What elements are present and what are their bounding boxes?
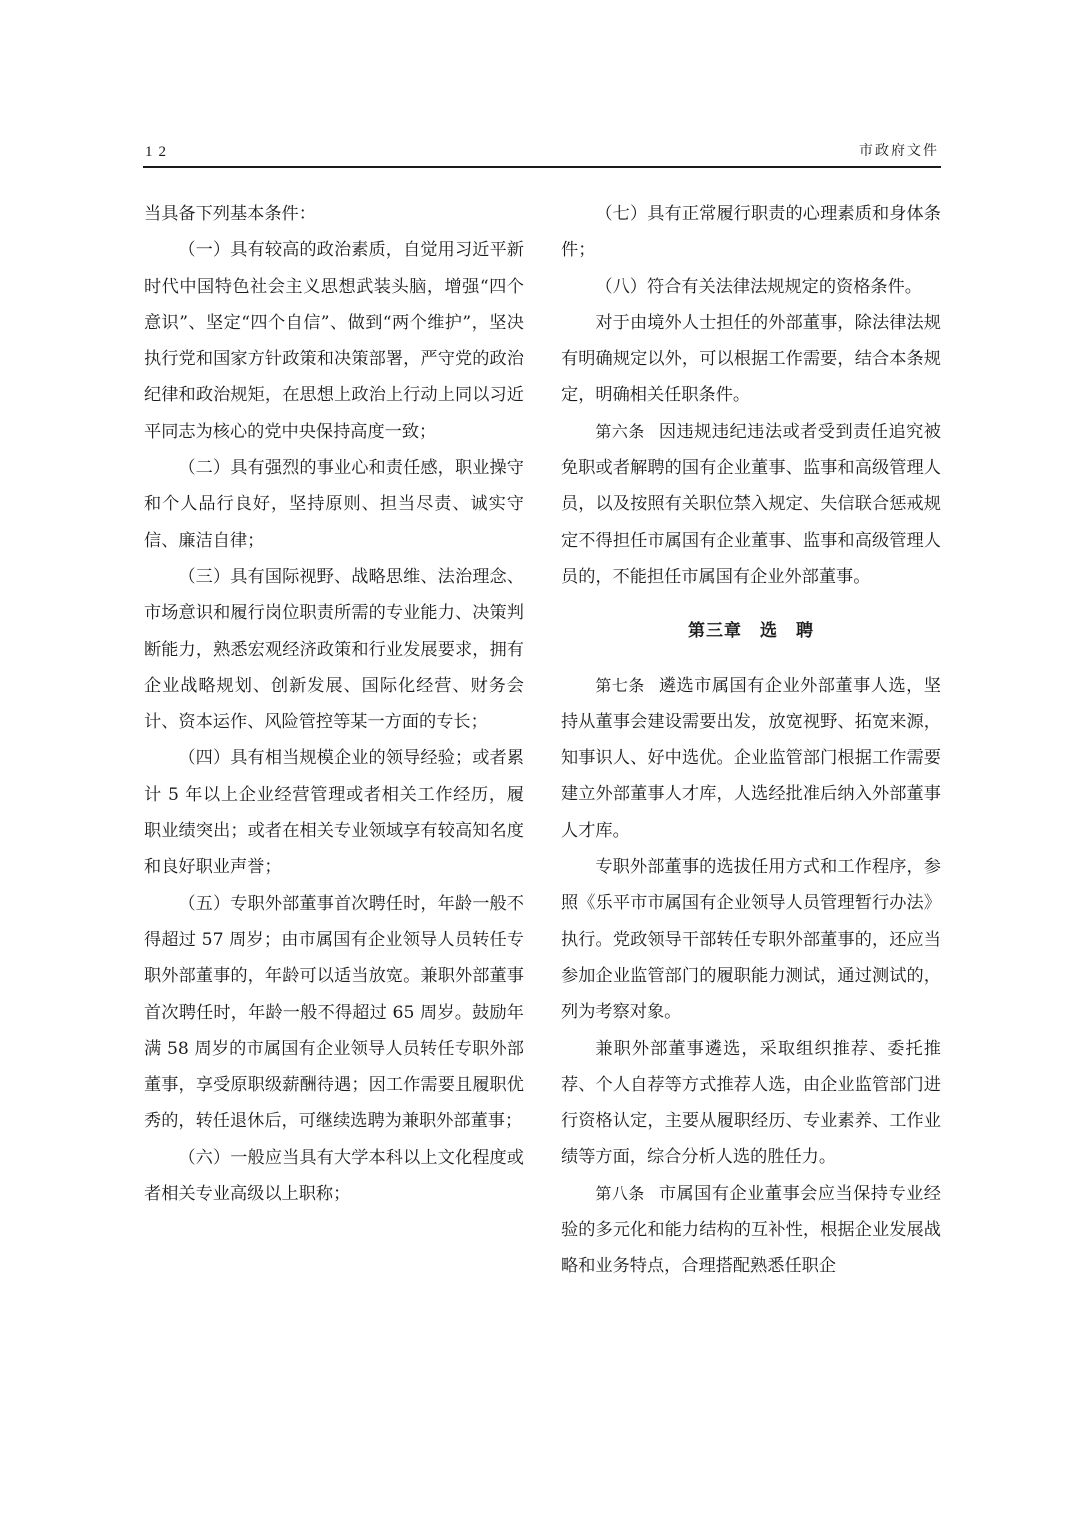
paragraph-foreign-directors: 对于由境外人士担任的外部董事，除法律法规有明确规定以外，可以根据工作需要，结合本…	[561, 305, 941, 414]
page-header: 12 市政府文件	[143, 138, 941, 166]
article-8: 第八条市属国有企业董事会应当保持专业经验的多元化和能力结构的互补性，根据企业发展…	[561, 1176, 941, 1285]
article-7-label: 第七条	[595, 676, 644, 695]
paragraph-item-3: （三）具有国际视野、战略思维、法治理念、市场意识和履行岗位职责所需的专业能力、决…	[144, 559, 524, 740]
paragraph-item-4: （四）具有相当规模企业的领导经验；或者累计 5 年以上企业经营管理或者相关工作经…	[144, 740, 524, 885]
paragraph-item-8: （八）符合有关法律法规规定的资格条件。	[561, 269, 941, 305]
header-rule	[143, 166, 941, 168]
document-label: 市政府文件	[859, 140, 939, 160]
article-8-label: 第八条	[595, 1184, 644, 1203]
article-6-text: 因违规违纪违法或者受到责任追究被免职或者解聘的国有企业董事、监事和高级管理人员，…	[561, 422, 941, 587]
paragraph-intro: 当具备下列基本条件：	[144, 196, 524, 232]
article-7: 第七条遴选市属国有企业外部董事人选，坚持从董事会建设需要出发，放宽视野、拓宽来源…	[561, 668, 941, 849]
paragraph-full-time-selection: 专职外部董事的选拔任用方式和工作程序，参照《乐平市市属国有企业领导人员管理暂行办…	[561, 849, 941, 1030]
paragraph-item-5: （五）专职外部董事首次聘任时，年龄一般不得超过 57 周岁；由市属国有企业领导人…	[144, 886, 524, 1140]
article-6: 第六条因违规违纪违法或者受到责任追究被免职或者解聘的国有企业董事、监事和高级管理…	[561, 414, 941, 595]
left-column: 当具备下列基本条件： （一）具有较高的政治素质，自觉用习近平新时代中国特色社会主…	[144, 196, 524, 1212]
paragraph-item-2: （二）具有强烈的事业心和责任感，职业操守和个人品行良好，坚持原则、担当尽责、诚实…	[144, 450, 524, 559]
paragraph-part-time-selection: 兼职外部董事遴选，采取组织推荐、委托推荐、个人自荐等方式推荐人选，由企业监管部门…	[561, 1031, 941, 1176]
right-column: （七）具有正常履行职责的心理素质和身体条件； （八）符合有关法律法规规定的资格条…	[561, 196, 941, 1285]
article-7-text: 遴选市属国有企业外部董事人选，坚持从董事会建设需要出发，放宽视野、拓宽来源，知事…	[561, 676, 941, 841]
chapter-heading: 第三章 选 聘	[561, 613, 941, 649]
paragraph-item-6: （六）一般应当具有大学本科以上文化程度或者相关专业高级以上职称；	[144, 1140, 524, 1213]
paragraph-item-7: （七）具有正常履行职责的心理素质和身体条件；	[561, 196, 941, 269]
paragraph-item-1: （一）具有较高的政治素质，自觉用习近平新时代中国特色社会主义思想武装头脑，增强“…	[144, 232, 524, 450]
page-number: 12	[145, 144, 172, 161]
article-6-label: 第六条	[595, 422, 644, 441]
